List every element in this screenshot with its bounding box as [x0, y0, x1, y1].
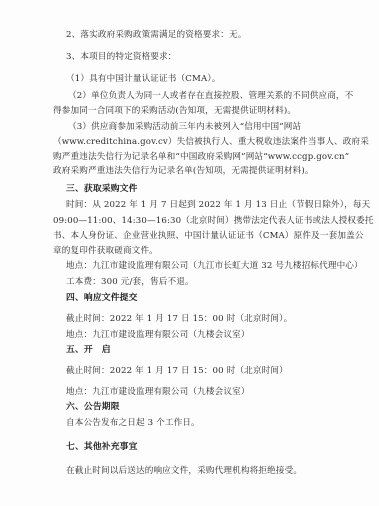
- section-4-location: 地点：九江市建设监理有限公司（九楼会议室）: [66, 330, 250, 341]
- requirement-1: （1）具有中国计量认证证书（CMA）。: [66, 74, 221, 85]
- section-6-heading: 六、公告期限: [66, 402, 120, 413]
- section-3-time-line-2: 09:00—11:00、14:30—16:30（北京时间）携带法定代表人证书或法…: [53, 216, 374, 227]
- section-4-deadline: 截止时间：2022 年 1 月 17 日 15：00 时（北京时间）。: [66, 314, 292, 325]
- section-4-heading: 四、响应文件提交: [66, 293, 138, 304]
- section-5-location: 地点：九江市建设监理有限公司（九楼会议室）: [66, 387, 250, 398]
- qualification-item-2: 2、落实政府采购政策需满足的资格要求：无。: [66, 30, 247, 41]
- section-5-heading: 五、开 启: [66, 345, 111, 356]
- section-3-location: 地点：九江市建设监理有限公司（九江市长虹大道 32 号九楼招标代理中心）: [66, 261, 363, 272]
- requirement-3-line-2: （www.creditchina.gov.cv）失信被执行人、重大税收违法案件当…: [53, 137, 369, 148]
- document-page: 2、落实政府采购政策需满足的资格要求：无。 3、本项目的特定资格要求： （1）具…: [0, 0, 379, 506]
- section-3-fee: 工本费：300 元/套，售后不退。: [66, 277, 194, 288]
- section-7-text: 在截止时间以后送达的响应文件，采购代理机构将拒绝接受。: [66, 466, 302, 477]
- section-3-time-line-3: 书、本人身份证、企业营业执照、中国计量认证证书（CMA）原件及一套加盖公: [53, 231, 364, 242]
- requirement-3-line-4: 政府采购严重违法失信行为记录名单(告知项，无需提供证明材料)。: [53, 166, 314, 177]
- section-5-deadline: 截止时间：2022 年 1 月 17 日 15：00 时（北京时间）: [66, 366, 288, 377]
- section-3-time-line-4: 章的复印件获取磋商文件。: [53, 246, 158, 257]
- requirement-3-line-3: 购严重违法失信行为记录名单和“中国政府采购网”网站“www.ccgp.gov.c…: [53, 152, 349, 163]
- section-3-heading: 三、获取采购文件: [66, 184, 138, 195]
- qualification-item-3: 3、本项目的特定资格要求：: [66, 52, 177, 63]
- requirement-3-line-1: （3）供应商参加采购活动前三年内未被列入“信用中国”网站: [68, 122, 301, 133]
- requirement-2-line-1: （2）单位负责人为同一人或者存在直接控股、管理关系的不同供应商，不: [68, 91, 353, 102]
- section-6-text: 自本公告发布之日起 3 个工作日。: [66, 418, 200, 429]
- section-7-heading: 七、其他补充事宜: [66, 442, 138, 453]
- section-3-time-line-1: 时间：从 2022 年 1 月 7 日起到 2022 年 1 月 13 日止（节…: [66, 200, 370, 211]
- requirement-2-line-2: 得参加同一合同项下的采购活动(告知项，无需提供证明材料)。: [53, 106, 296, 117]
